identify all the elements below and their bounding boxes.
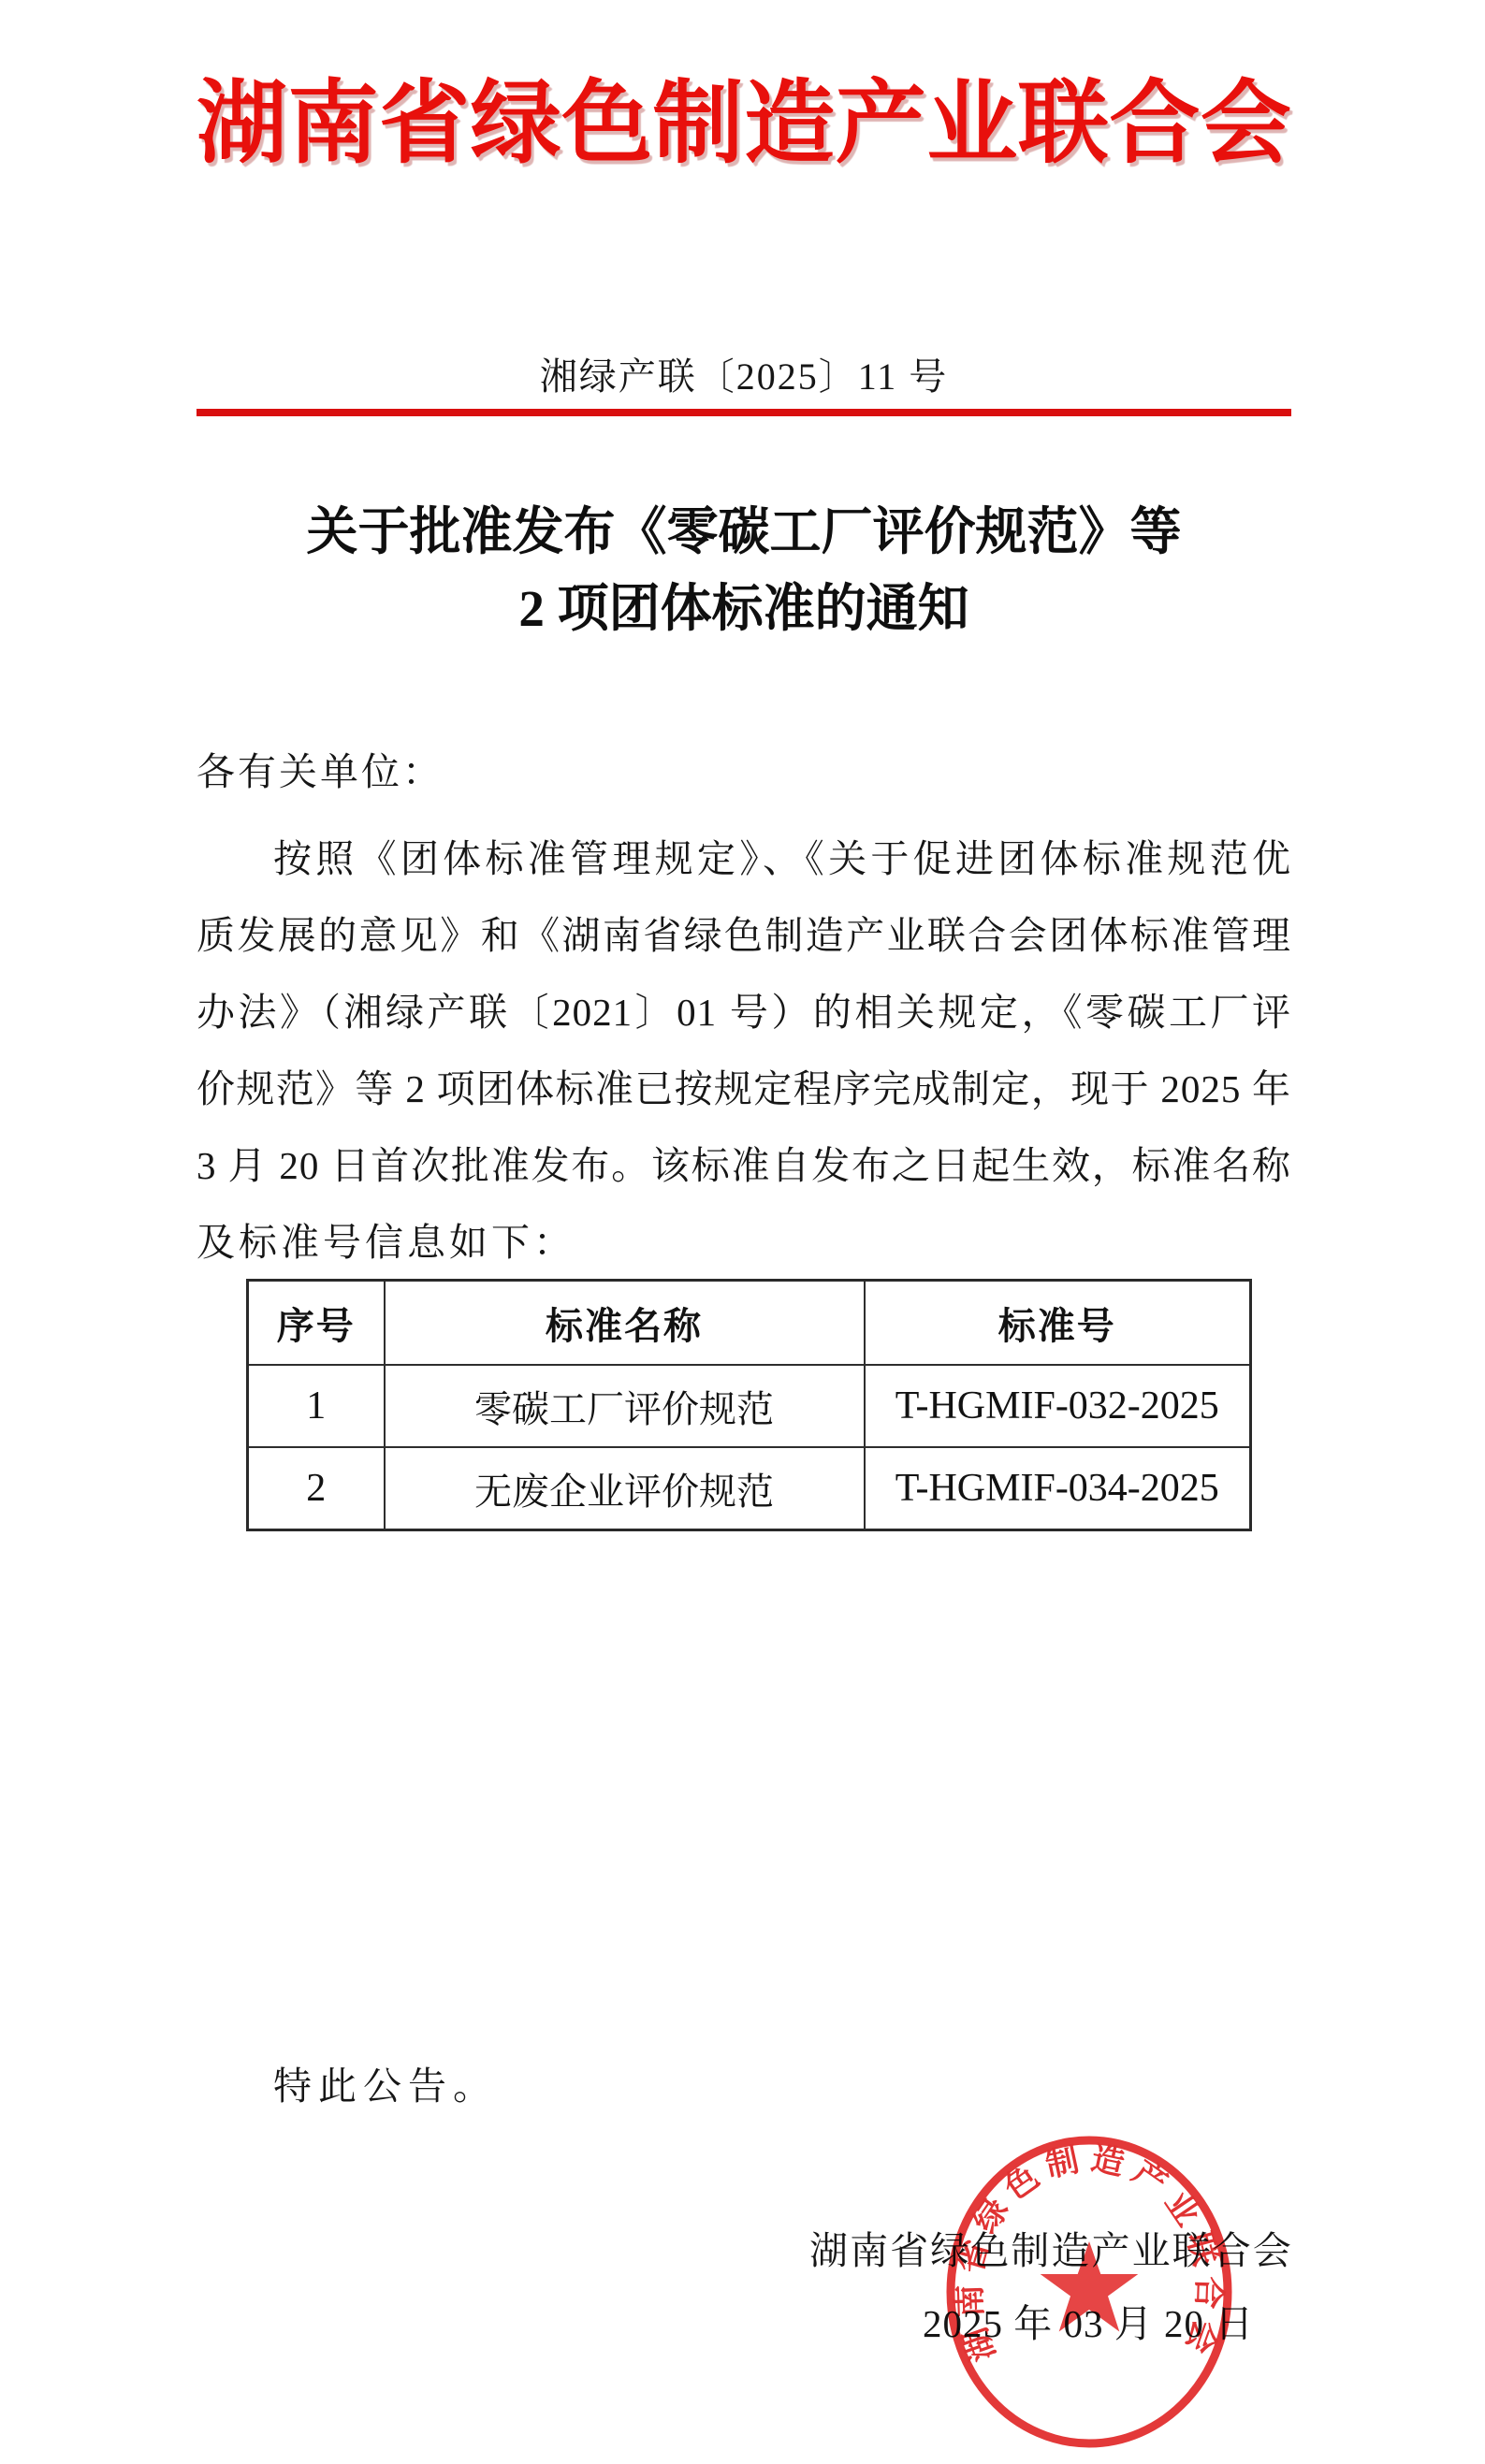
notice-title: 关于批准发布《零碳工厂评价规范》等 2 项团体标准的通知	[197, 494, 1291, 647]
standards-table: 序号 标准名称 标准号 1 零碳工厂评价规范 T-HGMIF-032-2025 …	[246, 1279, 1252, 1531]
table-header-row: 序号 标准名称 标准号	[248, 1281, 1251, 1366]
body-line: 及标准号信息如下：	[197, 1204, 1291, 1281]
cell-index: 1	[248, 1365, 385, 1447]
cell-standard-name: 无废企业评价规范	[385, 1447, 865, 1530]
body-paragraph: 按照《团体标准管理规定》、《关于促进团体标准规范优 质发展的意见》和《湖南省绿色…	[197, 820, 1291, 1281]
body-line: 质发展的意见》和《湖南省绿色制造产业联合会团体标准管理	[197, 897, 1291, 974]
cell-standard-code: T-HGMIF-032-2025	[865, 1365, 1251, 1447]
notice-title-line1: 关于批准发布《零碳工厂评价规范》等	[197, 494, 1291, 571]
col-header-index: 序号	[248, 1281, 385, 1366]
closing-statement: 特此公告。	[273, 2064, 498, 2109]
document-number: 湘绿产联〔2025〕11 号	[197, 351, 1291, 403]
body-line: 办法》（湘绿产联〔2021〕01 号）的相关规定，《零碳工厂评	[197, 974, 1291, 1051]
official-seal-stamp: 湖南省绿色制造产业联合会	[921, 2114, 1258, 2464]
col-header-name: 标准名称	[385, 1281, 865, 1366]
salutation: 各有关单位：	[197, 742, 1291, 802]
signature-org: 湖南省绿色制造产业联合会	[809, 2225, 1291, 2268]
body-line: 价规范》等 2 项团体标准已按规定程序完成制定，现于 2025 年	[197, 1051, 1291, 1127]
cell-index: 2	[248, 1447, 385, 1530]
body-line: 按照《团体标准管理规定》、《关于促进团体标准规范优	[197, 820, 1291, 897]
table-row: 2 无废企业评价规范 T-HGMIF-034-2025	[248, 1447, 1251, 1530]
notice-title-line2: 2 项团体标准的通知	[197, 571, 1291, 647]
document-page: 湖南省绿色制造产业联合会 湘绿产联〔2025〕11 号 关于批准发布《零碳工厂评…	[0, 0, 1485, 2464]
seal-ring	[951, 2140, 1228, 2443]
table-row: 1 零碳工厂评价规范 T-HGMIF-032-2025	[248, 1365, 1251, 1447]
letterhead-org-title: 湖南省绿色制造产业联合会	[197, 42, 1291, 187]
signature-date: 2025 年 03 月 20 日	[923, 2302, 1254, 2345]
body-line: 3 月 20 日首次批准发布。该标准自发布之日起生效，标准名称	[197, 1127, 1291, 1204]
cell-standard-name: 零碳工厂评价规范	[385, 1365, 865, 1447]
cell-standard-code: T-HGMIF-034-2025	[865, 1447, 1251, 1530]
red-divider-line	[197, 409, 1291, 416]
col-header-number: 标准号	[865, 1281, 1251, 1366]
